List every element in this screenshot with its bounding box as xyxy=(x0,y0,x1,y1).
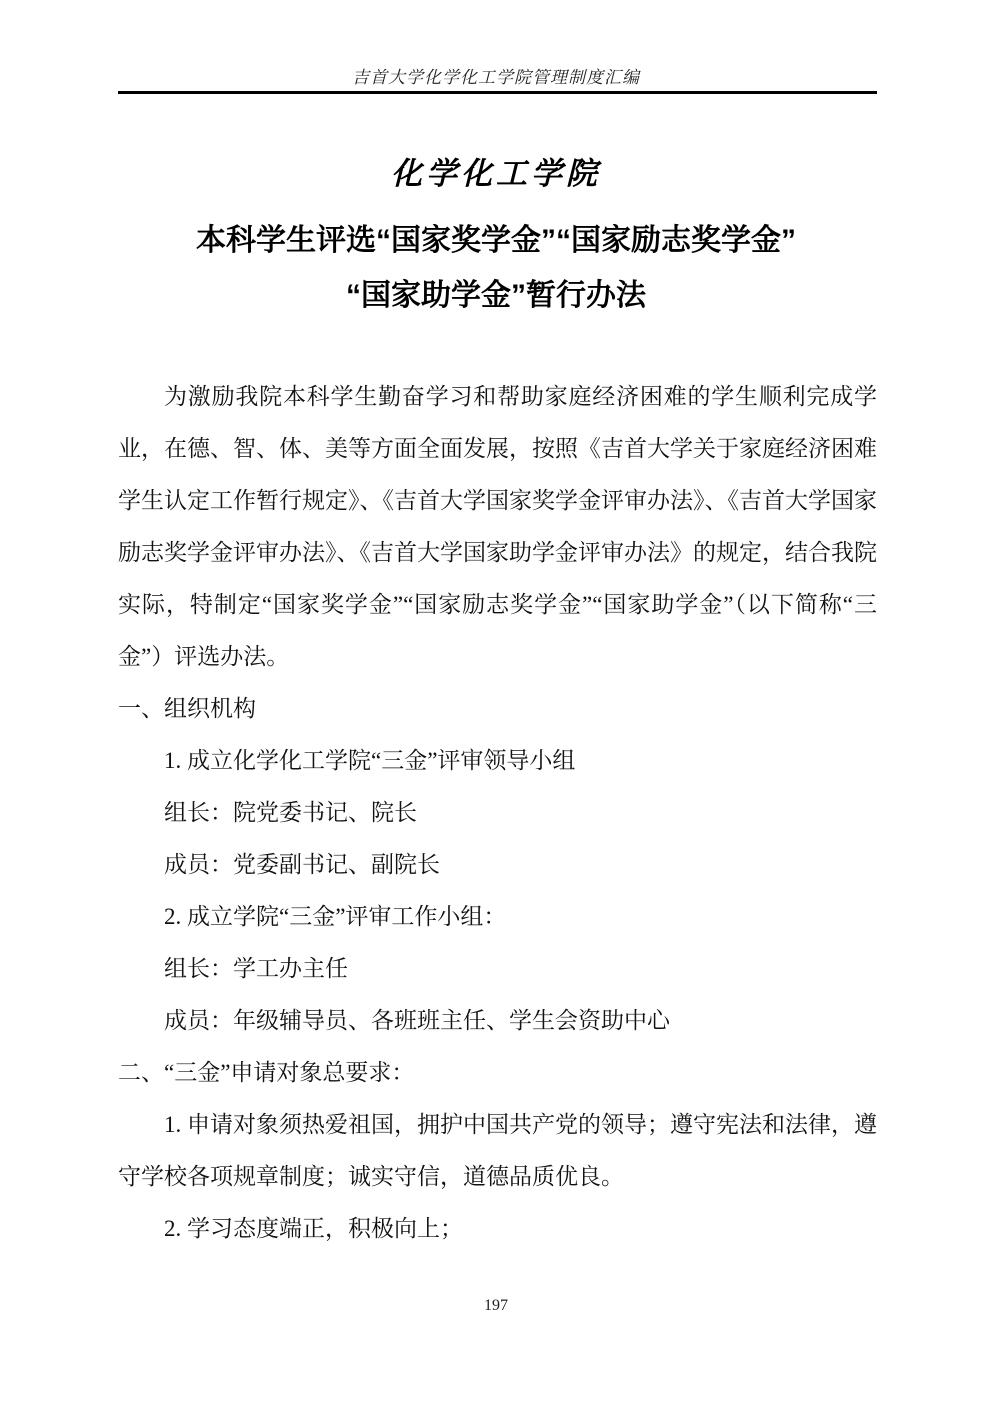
paragraph: 成员：党委副书记、副院长 xyxy=(118,839,877,891)
paragraph: 为激励我院本科学生勤奋学习和帮助家庭经济困难的学生顺利完成学业，在德、智、体、美… xyxy=(118,371,877,683)
paragraph: 二、“三金”申请对象总要求： xyxy=(118,1047,877,1099)
paragraph: 2. 成立学院“三金”评审工作小组： xyxy=(118,891,877,943)
paragraph: 成员：年级辅导员、各班班主任、学生会资助中心 xyxy=(118,995,877,1047)
page-number: 197 xyxy=(484,1297,508,1314)
paragraph: 2. 学习态度端正，积极向上； xyxy=(118,1203,877,1255)
document-title-line-2: “国家助学金”暂行办法 xyxy=(0,268,992,323)
paragraph: 组长：学工办主任 xyxy=(118,943,877,995)
document-title: 本科学生评选“国家奖学金”“国家励志奖学金” “国家助学金”暂行办法 xyxy=(0,213,992,323)
college-name-title: 化学化工学院 xyxy=(0,148,992,193)
paragraph: 组长：院党委书记、院长 xyxy=(118,787,877,839)
header-rule xyxy=(118,91,877,94)
paragraph: 一、组织机构 xyxy=(118,683,877,735)
page-footer: 197 xyxy=(0,1297,992,1315)
running-header-title: 吉首大学化学化工学院管理制度汇编 xyxy=(0,63,992,88)
document-body: 为激励我院本科学生勤奋学习和帮助家庭经济困难的学生顺利完成学业，在德、智、体、美… xyxy=(118,371,877,1255)
document-page: 吉首大学化学化工学院管理制度汇编 化学化工学院 本科学生评选“国家奖学金”“国家… xyxy=(0,0,992,1403)
document-title-line-1: 本科学生评选“国家奖学金”“国家励志奖学金” xyxy=(0,213,992,268)
paragraph: 1. 申请对象须热爱祖国，拥护中国共产党的领导；遵守宪法和法律，遵守学校各项规章… xyxy=(118,1099,877,1203)
paragraph: 1. 成立化学化工学院“三金”评审领导小组 xyxy=(118,735,877,787)
